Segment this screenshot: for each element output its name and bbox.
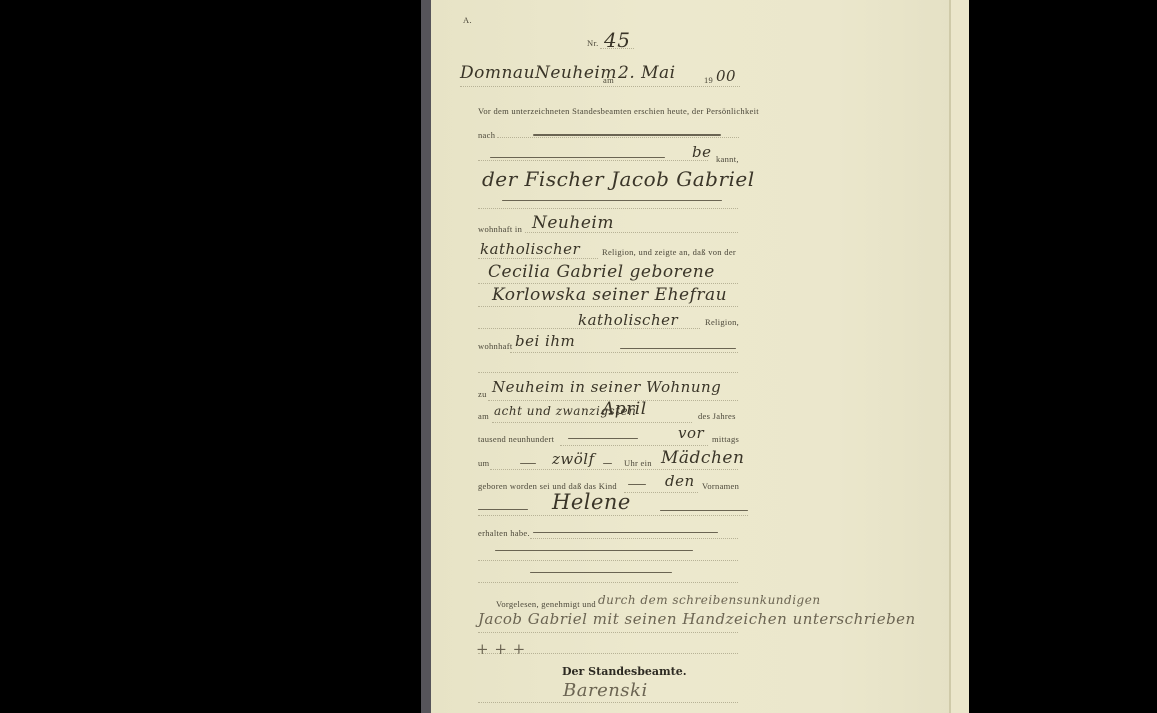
rule <box>492 422 692 423</box>
rule <box>478 653 738 654</box>
child-sex: Mädchen <box>661 448 744 468</box>
strike-line <box>533 134 721 136</box>
mother-line-2: Korlowska seiner Ehefrau <box>492 285 727 305</box>
vor-hand: vor <box>678 424 704 442</box>
rule <box>460 86 740 87</box>
place-hand: Domnau <box>460 63 535 83</box>
zu-label: zu <box>478 389 487 399</box>
vorgelesen-text: Vorgelesen, genehmigt und <box>496 599 596 609</box>
rule <box>560 445 708 446</box>
rule <box>478 258 598 259</box>
father-religion: katholischer <box>480 240 580 258</box>
mother-line-1: Cecilia Gabriel geborene <box>488 262 715 282</box>
wohnhaft-label-2: wohnhaft <box>478 341 513 351</box>
rule <box>478 160 708 161</box>
bekannt-label: kannt, <box>716 154 739 164</box>
religion-text: Religion, und zeigte an, daß von der <box>602 247 736 257</box>
intro-text: Vor dem unterzeichneten Standesbeamten e… <box>478 106 759 116</box>
rule <box>530 538 738 539</box>
dash <box>603 463 612 464</box>
wohnhaft-in-value: Neuheim <box>532 213 614 233</box>
erhalten-label: erhalten habe. <box>478 528 530 538</box>
dash <box>520 463 536 464</box>
birth-hour: zwölf <box>552 450 595 468</box>
rule <box>478 582 738 583</box>
strike-line <box>502 200 722 201</box>
rule <box>478 208 738 209</box>
uhr-ein: Uhr ein <box>624 458 652 468</box>
strike-line <box>568 438 638 439</box>
strike-line <box>533 532 718 533</box>
strike-line <box>478 509 528 510</box>
rule <box>478 560 738 561</box>
wohnhaft-in-label: wohnhaft in <box>478 224 522 234</box>
vornamen-label: Vornamen <box>702 481 739 491</box>
um-label: um <box>478 458 489 468</box>
page-margin-strip <box>951 0 969 713</box>
birth-month: April <box>602 399 647 419</box>
strike-line <box>490 157 665 158</box>
birth-place: Neuheim in seiner Wohnung <box>492 378 721 396</box>
rule <box>490 469 738 470</box>
form-letter: A. <box>463 15 472 25</box>
person-name: der Fischer Jacob Gabriel <box>482 167 755 191</box>
rule <box>478 306 738 307</box>
tausend-text: tausend neunhundert <box>478 434 554 444</box>
rule <box>525 232 738 233</box>
dash <box>628 484 646 485</box>
den-hand: den <box>665 472 695 490</box>
rule <box>624 492 698 493</box>
rule <box>478 372 738 373</box>
religion-label-2: Religion, <box>705 317 739 327</box>
mittags: mittags <box>712 434 739 444</box>
vorgelesen-hand: durch dem schreibensunkundigen <box>598 593 821 607</box>
crosses: + + + <box>476 640 526 658</box>
child-name: Helene <box>552 490 631 514</box>
am-label: am <box>478 411 489 421</box>
rule <box>478 702 738 703</box>
rule <box>478 328 700 329</box>
strike-line <box>530 572 672 573</box>
year-printed: 19 <box>704 75 713 85</box>
mother-religion: katholischer <box>578 311 678 329</box>
rule <box>478 632 738 633</box>
rule <box>497 137 739 138</box>
official-signature: Barenski <box>563 680 648 701</box>
strike-line <box>620 348 736 349</box>
date-am-label: am <box>603 75 614 85</box>
strike-line <box>495 550 693 551</box>
wohnhaft-value-2: bei ihm <box>515 332 575 350</box>
signature-line: Jacob Gabriel mit seinen Handzeichen unt… <box>478 610 916 628</box>
year-hand: 00 <box>716 67 736 85</box>
nach-label: nach <box>478 130 495 140</box>
number-label: Nr. <box>587 38 599 48</box>
official-title: Der Standesbeamte. <box>562 665 687 678</box>
rule <box>478 515 748 516</box>
des-jahres: des Jahres <box>698 411 736 421</box>
date-day-month: 2. Mai <box>618 63 676 83</box>
rule <box>478 283 738 284</box>
rule <box>600 48 634 49</box>
book-binding <box>421 0 431 713</box>
strike-line <box>660 510 748 511</box>
bekannt-hand: be <box>692 143 711 161</box>
rule <box>510 352 738 353</box>
